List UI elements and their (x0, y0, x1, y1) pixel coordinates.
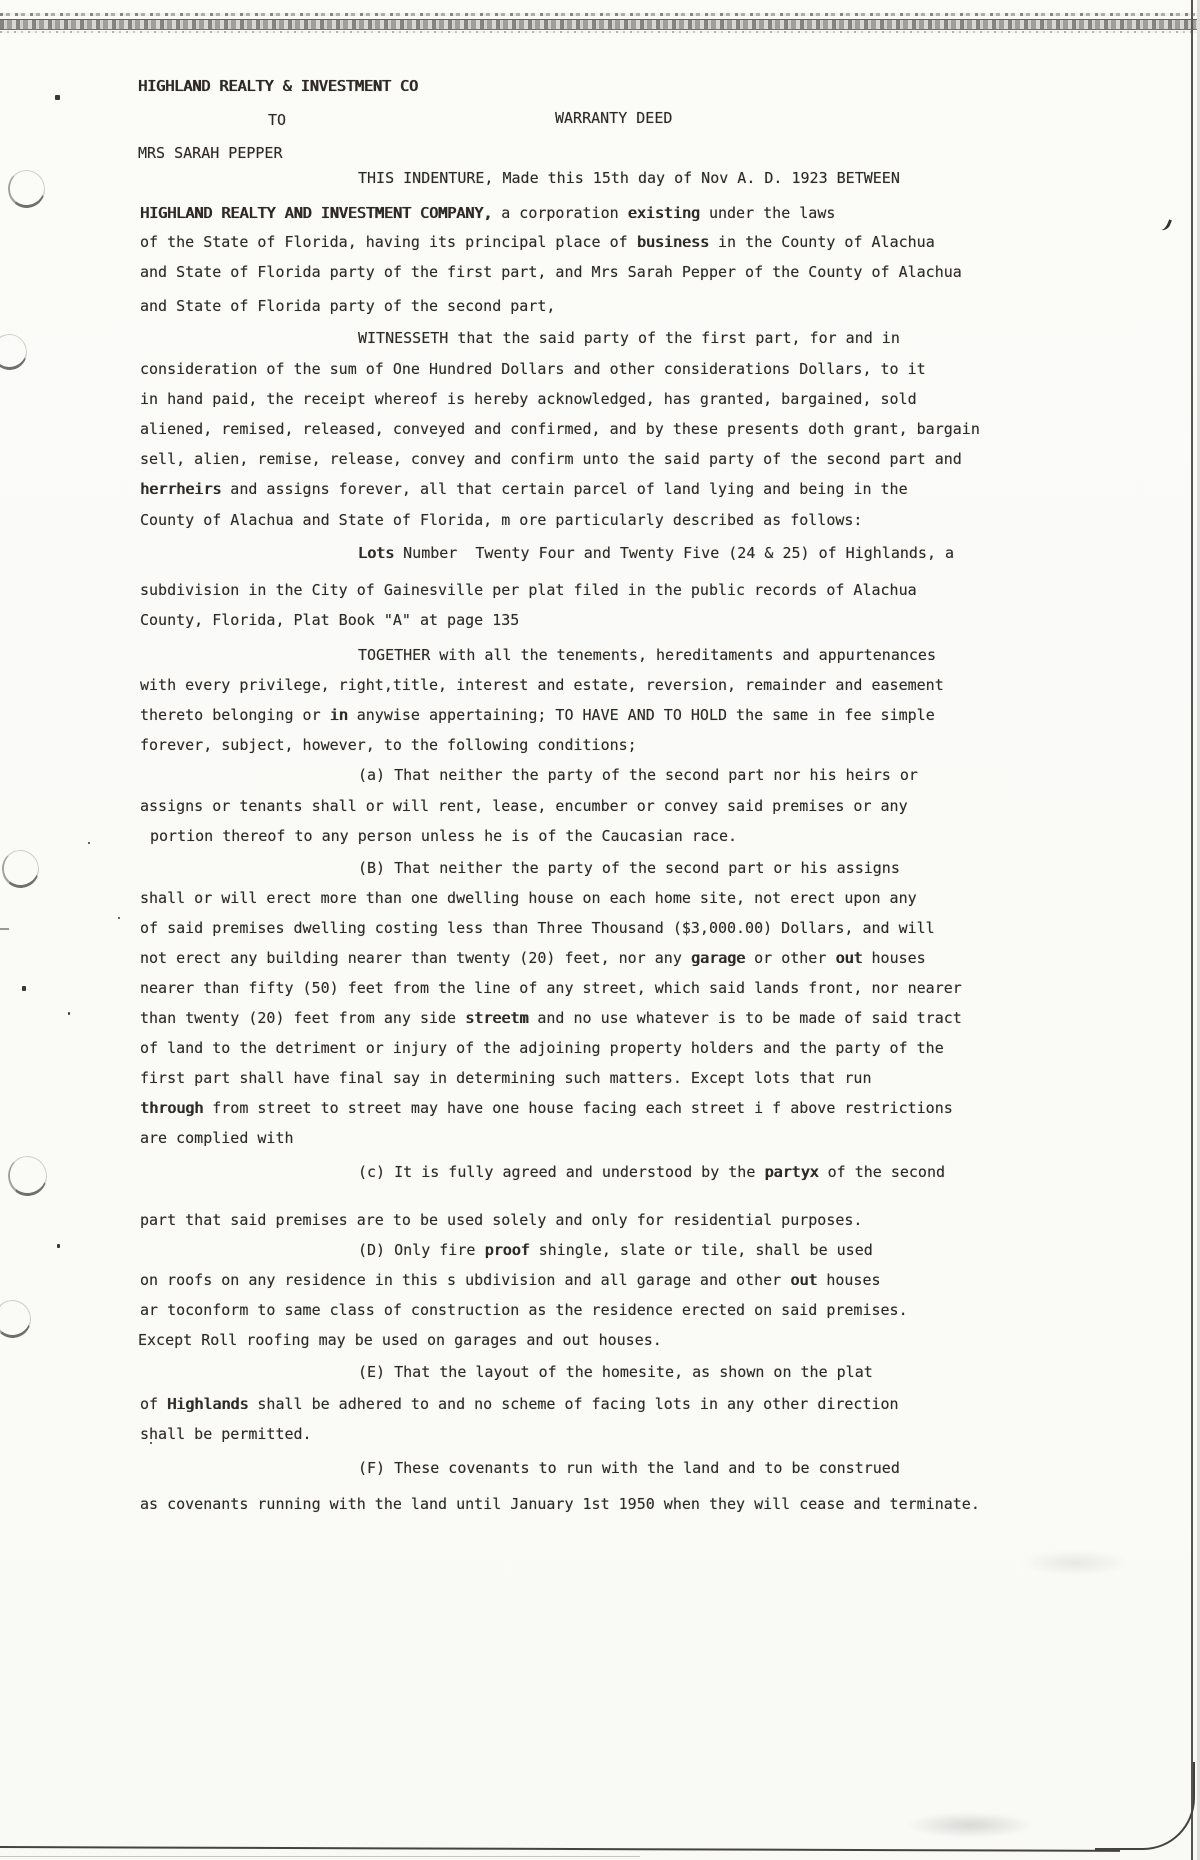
ink-speck (22, 986, 26, 991)
punch-hole (0, 847, 42, 891)
document-line: through from street to street may have o… (140, 1098, 953, 1118)
document-line: assigns or tenants shall or will rent, l… (140, 796, 908, 816)
document-line: (F) These covenants to run with the land… (358, 1458, 900, 1478)
document-line: portion thereof to any person unless he … (150, 826, 737, 846)
document-title: WARRANTY DEED (555, 108, 672, 128)
document-line: on roofs on any residence in this s ubdi… (140, 1270, 881, 1290)
punch-hole (0, 1297, 34, 1341)
document-line: herrheirs and assigns forever, all that … (140, 479, 908, 499)
document-line: subdivision in the City of Gainesville p… (140, 580, 917, 600)
document-line: WITNESSETH that the said party of the fi… (358, 328, 900, 348)
document-line: County, Florida, Plat Book "A" at page 1… (140, 610, 519, 630)
page-bottom-edge-line (0, 1846, 1120, 1860)
document-line: as covenants running with the land until… (140, 1494, 980, 1514)
scanned-deed-page: HIGHLAND REALTY & INVESTMENT CO TO WARRA… (0, 0, 1200, 1860)
document-line: and State of Florida party of the first … (140, 262, 962, 282)
ink-speck (55, 95, 60, 100)
page-right-edge-line (1191, 0, 1193, 1860)
document-line: part that said premises are to be used s… (140, 1210, 862, 1230)
document-line: HIGHLAND REALTY AND INVESTMENT COMPANY, … (140, 203, 835, 223)
document-line: aliened, remised, released, conveyed and… (140, 419, 980, 439)
margin-dash-mark (0, 928, 9, 930)
document-line: of Highlands shall be adhered to and no … (140, 1394, 899, 1414)
grantor-name: HIGHLAND REALTY & INVESTMENT CO (138, 76, 418, 96)
page-bottom-right-corner (1095, 1762, 1195, 1850)
document-line: shall or will erect more than one dwelli… (140, 888, 917, 908)
document-line: (B) That neither the party of the second… (358, 858, 900, 878)
document-line: than twenty (20) feet from any side stre… (140, 1008, 962, 1028)
document-line: in hand paid, the receipt whereof is her… (140, 389, 917, 409)
document-line: (E) That the layout of the homesite, as … (358, 1362, 873, 1382)
scan-noise-line-top (0, 13, 1200, 16)
document-line: consideration of the sum of One Hundred … (140, 359, 926, 379)
document-line: sell, alien, remise, release, convey and… (140, 449, 962, 469)
page-bottom-edge-echo (0, 1856, 640, 1857)
pencil-smudge (905, 1812, 1035, 1838)
punch-hole (0, 331, 30, 373)
pen-tick-mark (1158, 217, 1172, 233)
punch-hole (5, 1153, 50, 1199)
document-line: are complied with (140, 1128, 294, 1148)
document-line: forever, subject, however, to the follow… (140, 735, 637, 755)
document-line: of land to the detriment or injury of th… (140, 1038, 944, 1058)
punch-hole (5, 167, 48, 211)
scan-noise-band (0, 19, 1200, 30)
document-line: THIS INDENTURE, Made this 15th day of No… (358, 168, 900, 188)
document-line: with every privilege, right,title, inter… (140, 675, 944, 695)
document-line: of said premises dwelling costing less t… (140, 918, 935, 938)
scan-noise-line-bottom (0, 31, 1200, 33)
document-line: Lots Number Twenty Four and Twenty Five … (358, 543, 954, 563)
pencil-smudge (1020, 1550, 1130, 1576)
document-line: shall be permitted. (140, 1424, 312, 1444)
grantee-name: MRS SARAH PEPPER (138, 143, 283, 163)
ink-speck (88, 842, 90, 844)
document-line: and State of Florida party of the second… (140, 296, 555, 316)
ink-speck (68, 1012, 70, 1015)
document-line: thereto belonging or in anywise appertai… (140, 705, 935, 725)
document-line: first part shall have final say in deter… (140, 1068, 872, 1088)
document-line: (a) That neither the party of the second… (358, 765, 918, 785)
document-line: TOGETHER with all the tenements, heredit… (358, 645, 936, 665)
document-line: Except Roll roofing may be used on garag… (138, 1330, 662, 1350)
document-line: (c) It is fully agreed and understood by… (358, 1162, 945, 1182)
document-line: ar toconform to same class of constructi… (140, 1300, 908, 1320)
document-line: of the State of Florida, having its prin… (140, 232, 935, 252)
document-line: nearer than fifty (50) feet from the lin… (140, 978, 962, 998)
document-line: County of Alachua and State of Florida, … (140, 510, 862, 530)
ink-speck (57, 1244, 60, 1248)
document-line: (D) Only fire proof shingle, slate or ti… (358, 1240, 873, 1260)
document-line: not erect any building nearer than twent… (140, 948, 926, 968)
ink-speck (118, 917, 120, 919)
header-connector: TO (268, 110, 286, 130)
